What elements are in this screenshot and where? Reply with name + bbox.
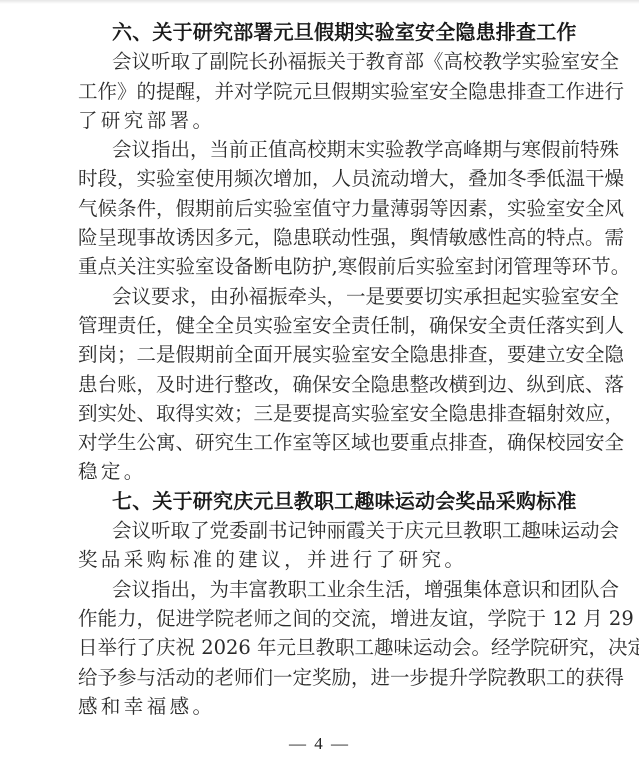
section-heading: 七、关于研究庆元旦教职工趣味运动会奖品采购标准 bbox=[78, 487, 558, 516]
text-line: 险呈现事故诱因多元，隐患联动性强，舆情敏感性高的特点。需 bbox=[78, 223, 558, 252]
text-line: 重点关注实验室设备断电防护,寒假前后实验室封闭管理等环节。 bbox=[78, 252, 558, 281]
paragraph: 会议指出，当前正值高校期末实验教学高峰期与寒假前特殊 时段，实验室使用频次增加，… bbox=[78, 135, 558, 281]
text-line: 奖品采购标准的建议，并进行了研究。 bbox=[78, 545, 558, 574]
text-line: 对学生公寓、研究生工作室等区域也要重点排查，确保校园安全 bbox=[78, 428, 558, 457]
paragraph: 会议要求，由孙福振牵头，一是要要切实承担起实验室安全 管理责任，健全全员实验室安… bbox=[78, 282, 558, 487]
page-number: — 4 — bbox=[0, 734, 639, 754]
text-line: 管理责任，健全全员实验室安全责任制，确保安全责任落实到人 bbox=[78, 311, 558, 340]
text-line: 稳定。 bbox=[78, 457, 558, 486]
document-page: 六、关于研究部署元旦假期实验室安全隐患排查工作 会议听取了副院长孙福振关于教育部… bbox=[78, 18, 558, 721]
text-line: 气候条件，假期前后实验室值守力量薄弱等因素，实验室安全风 bbox=[78, 194, 558, 223]
text-line: 作能力，促进学院老师之间的交流，增进友谊，学院于 12 月 29 bbox=[78, 604, 558, 633]
paragraph: 会议指出，为丰富教职工业余生活，增强集体意识和团队合 作能力，促进学院老师之间的… bbox=[78, 575, 558, 721]
text-line: 到实处、取得实效；三是要提高实验室安全隐患排查辐射效应， bbox=[78, 399, 558, 428]
text-line: 感和幸福感。 bbox=[78, 692, 558, 721]
text-line: 时段，实验室使用频次增加，人员流动增大，叠加冬季低温干燥 bbox=[78, 164, 558, 193]
text-line: 会议听取了副院长孙福振关于教育部《高校教学实验室安全 bbox=[78, 47, 558, 76]
text-line: 会议指出，当前正值高校期末实验教学高峰期与寒假前特殊 bbox=[78, 135, 558, 164]
text-line: 日举行了庆祝 2026 年元旦教职工趣味运动会。经学院研究，决定 bbox=[78, 633, 558, 662]
text-line: 到岗；二是假期前全面开展实验室安全隐患排查，要建立安全隐 bbox=[78, 340, 558, 369]
text-line: 工作》的提醒，并对学院元旦假期实验室安全隐患排查工作进行 bbox=[78, 77, 558, 106]
page-top-edge bbox=[0, 0, 639, 4]
text-line: 会议听取了党委副书记钟丽霞关于庆元旦教职工趣味运动会 bbox=[78, 516, 558, 545]
paragraph: 会议听取了副院长孙福振关于教育部《高校教学实验室安全 工作》的提醒，并对学院元旦… bbox=[78, 47, 558, 135]
text-line: 会议要求，由孙福振牵头，一是要要切实承担起实验室安全 bbox=[78, 282, 558, 311]
text-line: 患台账，及时进行整改，确保安全隐患整改横到边、纵到底、落 bbox=[78, 370, 558, 399]
text-line: 会议指出，为丰富教职工业余生活，增强集体意识和团队合 bbox=[78, 575, 558, 604]
text-line: 给予参与活动的老师们一定奖励，进一步提升学院教职工的获得 bbox=[78, 663, 558, 692]
text-line: 了研究部署。 bbox=[78, 106, 558, 135]
section-heading: 六、关于研究部署元旦假期实验室安全隐患排查工作 bbox=[78, 18, 558, 47]
paragraph: 会议听取了党委副书记钟丽霞关于庆元旦教职工趣味运动会 奖品采购标准的建议，并进行… bbox=[78, 516, 558, 575]
